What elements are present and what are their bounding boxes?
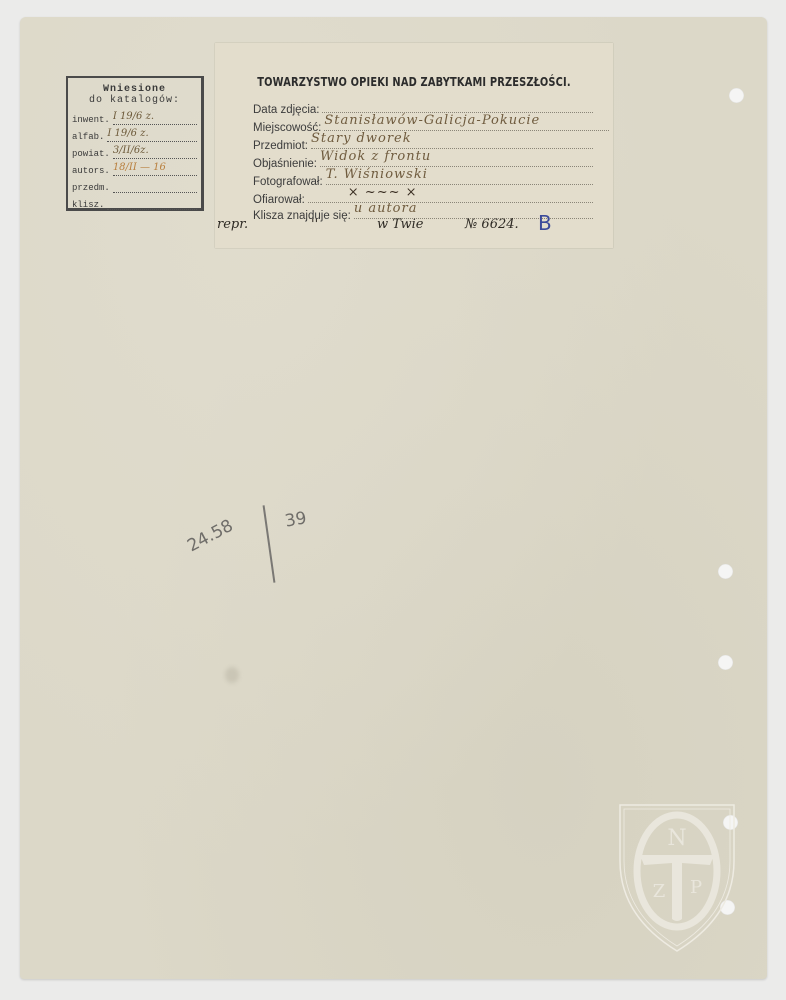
field-value: Stanisławów-Galicja-Pokucie [324, 114, 609, 131]
repr-number: № 6624. [465, 217, 519, 232]
svg-text:Z: Z [653, 881, 666, 902]
punch-hole [718, 655, 733, 670]
field-value: T. Wiśniowski [326, 168, 593, 185]
stamp-label: przedm. [72, 183, 110, 193]
stamp-row-autors: autors. 18/II — 16 [72, 159, 197, 176]
svg-text:N: N [667, 826, 686, 851]
society-title: TOWARZYSTWO OPIEKI NAD ZABYTKAMI PRZESZŁ… [251, 75, 577, 89]
stamp-row-powiat: powiat. 3/II/6z. [72, 142, 197, 159]
pencil-note-right: 39 [283, 508, 308, 531]
stamp-value: I 19/6 z. [107, 127, 197, 142]
stamp-row-klisz: klisz. [72, 193, 197, 210]
ntzp-emblem-icon: N Z P [616, 801, 738, 953]
stamp-value: I 19/6 z. [113, 110, 197, 125]
catalog-stamp: Wniesione do katalogów: inwent. I 19/6 z… [66, 76, 204, 211]
punch-hole [729, 88, 744, 103]
stamp-label: inwent. [72, 115, 110, 125]
field-value: Stary dworek [311, 132, 593, 149]
stamp-label: autors. [72, 166, 110, 176]
stamp-value [107, 195, 197, 210]
stamp-value: 18/II — 16 [113, 161, 197, 176]
repr-ditto: '' [311, 217, 318, 232]
repr-prefix: repr. [217, 217, 248, 232]
field-value: × ~~~ × [308, 186, 593, 203]
stamp-value [113, 178, 197, 193]
stamp-label: powiat. [72, 149, 110, 159]
field-value [322, 96, 593, 113]
reproduction-note: repr. '' w Twie № 6624. B [215, 213, 613, 237]
stamp-row-inwent: inwent. I 19/6 z. [72, 108, 197, 125]
stamp-label: alfab. [72, 132, 104, 142]
punch-hole [718, 564, 733, 579]
stamp-label: klisz. [72, 200, 104, 210]
svg-text:P: P [690, 877, 702, 898]
stain [225, 667, 239, 683]
stamp-row-alfab: alfab. I 19/6 z. [72, 125, 197, 142]
stamp-value: 3/II/6z. [113, 144, 197, 159]
repr-letter: B [538, 211, 552, 235]
photo-label-card: TOWARZYSTWO OPIEKI NAD ZABYTKAMI PRZESZŁ… [215, 43, 613, 248]
stamp-row-przedm: przedm. [72, 176, 197, 193]
field-value: Widok z frontu [320, 150, 593, 167]
stamp-title: Wniesione [72, 84, 197, 95]
stamp-subtitle: do katalogów: [72, 95, 197, 106]
repr-location: w Twie [377, 217, 423, 232]
